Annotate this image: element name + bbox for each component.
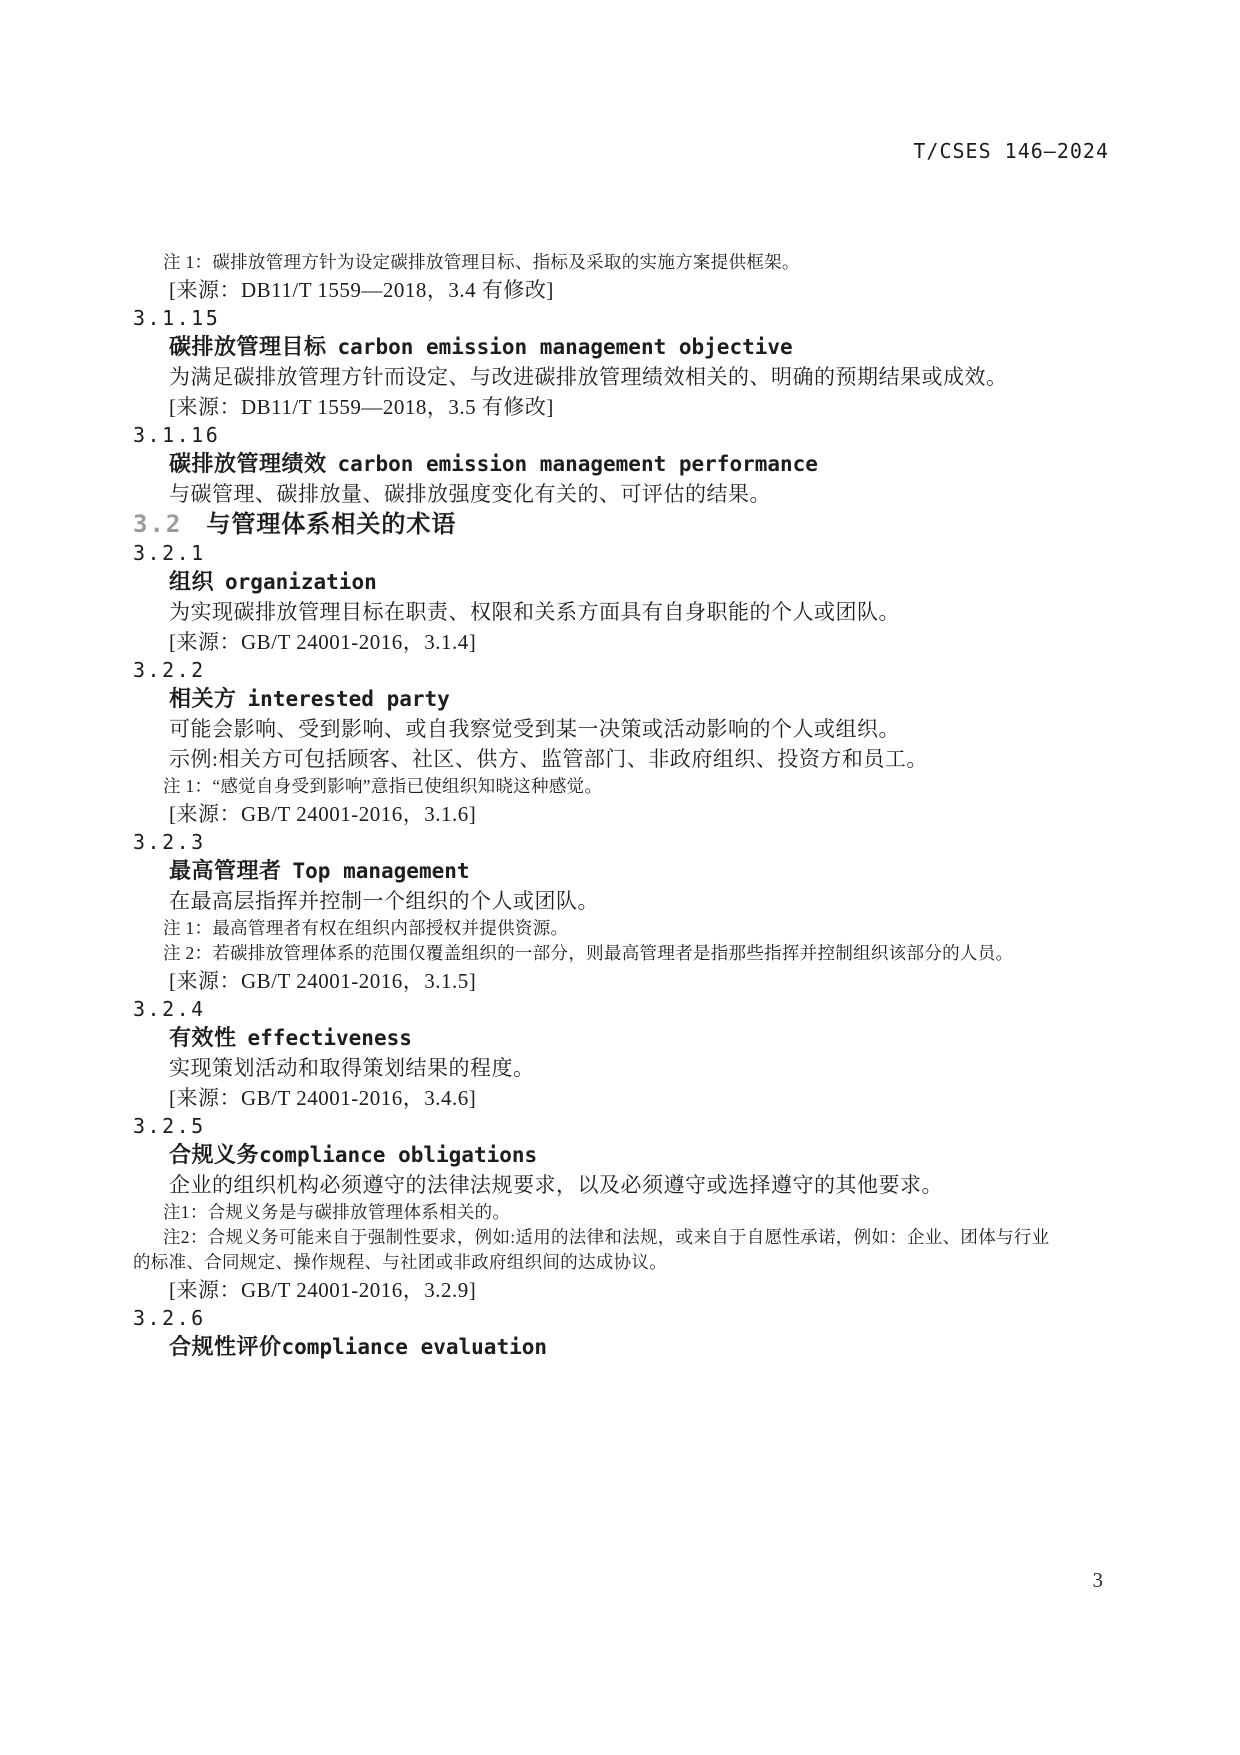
term-zh: 相关方 [169,686,237,711]
term-zh: 有效性 [169,1025,237,1050]
source-reference: [来源：GB/T 24001-2016，3.1.5] [133,966,1110,996]
clause-number: 3.2.6 [133,1305,1110,1332]
note: 注2：合规义务可能来自于强制性要求，例如:适用的法律和法规，或来自于自愿性承诺，… [133,1225,1110,1250]
clause-number: 3.2.2 [133,657,1110,684]
page-content: 注 1：碳排放管理方针为设定碳排放管理目标、指标及采取的实施方案提供框架。 [来… [133,250,1110,1362]
definition: 与碳管理、碳排放量、碳排放强度变化有关的、可评估的结果。 [133,479,1110,509]
clause-number: 3.1.16 [133,422,1110,449]
standard-document-page: T/CSES 146—2024 注 1：碳排放管理方针为设定碳排放管理目标、指标… [0,0,1240,1755]
term-en: interested party [248,687,450,711]
term-en: organization [225,570,377,594]
term-zh: 合规性评价 [169,1334,282,1359]
clause-number: 3.2.5 [133,1113,1110,1140]
term-zh: 碳排放管理绩效 [169,451,327,476]
section-number: 3.2 [133,510,182,538]
note: 注 1：碳排放管理方针为设定碳排放管理目标、指标及采取的实施方案提供框架。 [133,250,1110,275]
example: 示例:相关方可包括顾客、社区、供方、监管部门、非政府组织、投资方和员工。 [133,744,1110,774]
note: 注1：合规义务是与碳排放管理体系相关的。 [133,1200,1110,1225]
source-reference: [来源：GB/T 24001-2016，3.4.6] [133,1083,1110,1113]
term-line: 有效性effectiveness [133,1023,1110,1053]
section-heading: 3.2与管理体系相关的术语 [133,509,1110,540]
term-en: compliance evaluation [282,1335,548,1359]
source-reference: [来源：GB/T 24001-2016，3.1.6] [133,799,1110,829]
term-line: 合规性评价compliance evaluation [133,1332,1110,1362]
clause-number: 3.2.1 [133,540,1110,567]
definition: 企业的组织机构必须遵守的法律法规要求，以及必须遵守或选择遵守的其他要求。 [133,1170,1110,1200]
term-zh: 碳排放管理目标 [169,334,327,359]
source-reference: [来源：GB/T 24001-2016，3.2.9] [133,1275,1110,1305]
definition: 可能会影响、受到影响、或自我察觉受到某一决策或活动影响的个人或组织。 [133,714,1110,744]
note-continuation: 的标准、合同规定、操作规程、与社团或非政府组织间的达成协议。 [133,1250,1110,1275]
definition: 在最高层指挥并控制一个组织的个人或团队。 [133,886,1110,916]
source-reference: [来源：DB11/T 1559—2018，3.4 有修改] [133,275,1110,305]
clause-number: 3.2.3 [133,829,1110,856]
clause-number: 3.1.15 [133,305,1110,332]
term-line: 碳排放管理绩效carbon emission management perfor… [133,449,1110,479]
standard-number-header: T/CSES 146—2024 [913,139,1109,163]
definition: 为实现碳排放管理目标在职责、权限和关系方面具有自身职能的个人或团队。 [133,597,1110,627]
term-line: 碳排放管理目标carbon emission management object… [133,332,1110,362]
note: 注 2：若碳排放管理体系的范围仅覆盖组织的一部分，则最高管理者是指那些指挥并控制… [133,941,1110,966]
source-reference: [来源：GB/T 24001-2016，3.1.4] [133,627,1110,657]
source-reference: [来源：DB11/T 1559—2018，3.5 有修改] [133,392,1110,422]
term-en: carbon emission management objective [338,335,793,359]
note: 注 1：“感觉自身受到影响”意指已使组织知晓这种感觉。 [133,774,1110,799]
term-en: Top management [293,859,470,883]
clause-number: 3.2.4 [133,996,1110,1023]
term-line: 合规义务compliance obligations [133,1140,1110,1170]
term-line: 组织organization [133,567,1110,597]
term-line: 最高管理者Top management [133,856,1110,886]
definition: 实现策划活动和取得策划结果的程度。 [133,1053,1110,1083]
term-en: carbon emission management performance [338,452,818,476]
term-zh: 组织 [169,569,214,594]
term-zh: 最高管理者 [169,858,282,883]
term-en: effectiveness [248,1026,412,1050]
section-title: 与管理体系相关的术语 [206,512,456,538]
term-en: compliance obligations [259,1143,537,1167]
page-number: 3 [1093,1568,1104,1593]
term-zh: 合规义务 [169,1142,259,1167]
term-line: 相关方interested party [133,684,1110,714]
definition: 为满足碳排放管理方针而设定、与改进碳排放管理绩效相关的、明确的预期结果或成效。 [133,362,1110,392]
note: 注 1：最高管理者有权在组织内部授权并提供资源。 [133,916,1110,941]
